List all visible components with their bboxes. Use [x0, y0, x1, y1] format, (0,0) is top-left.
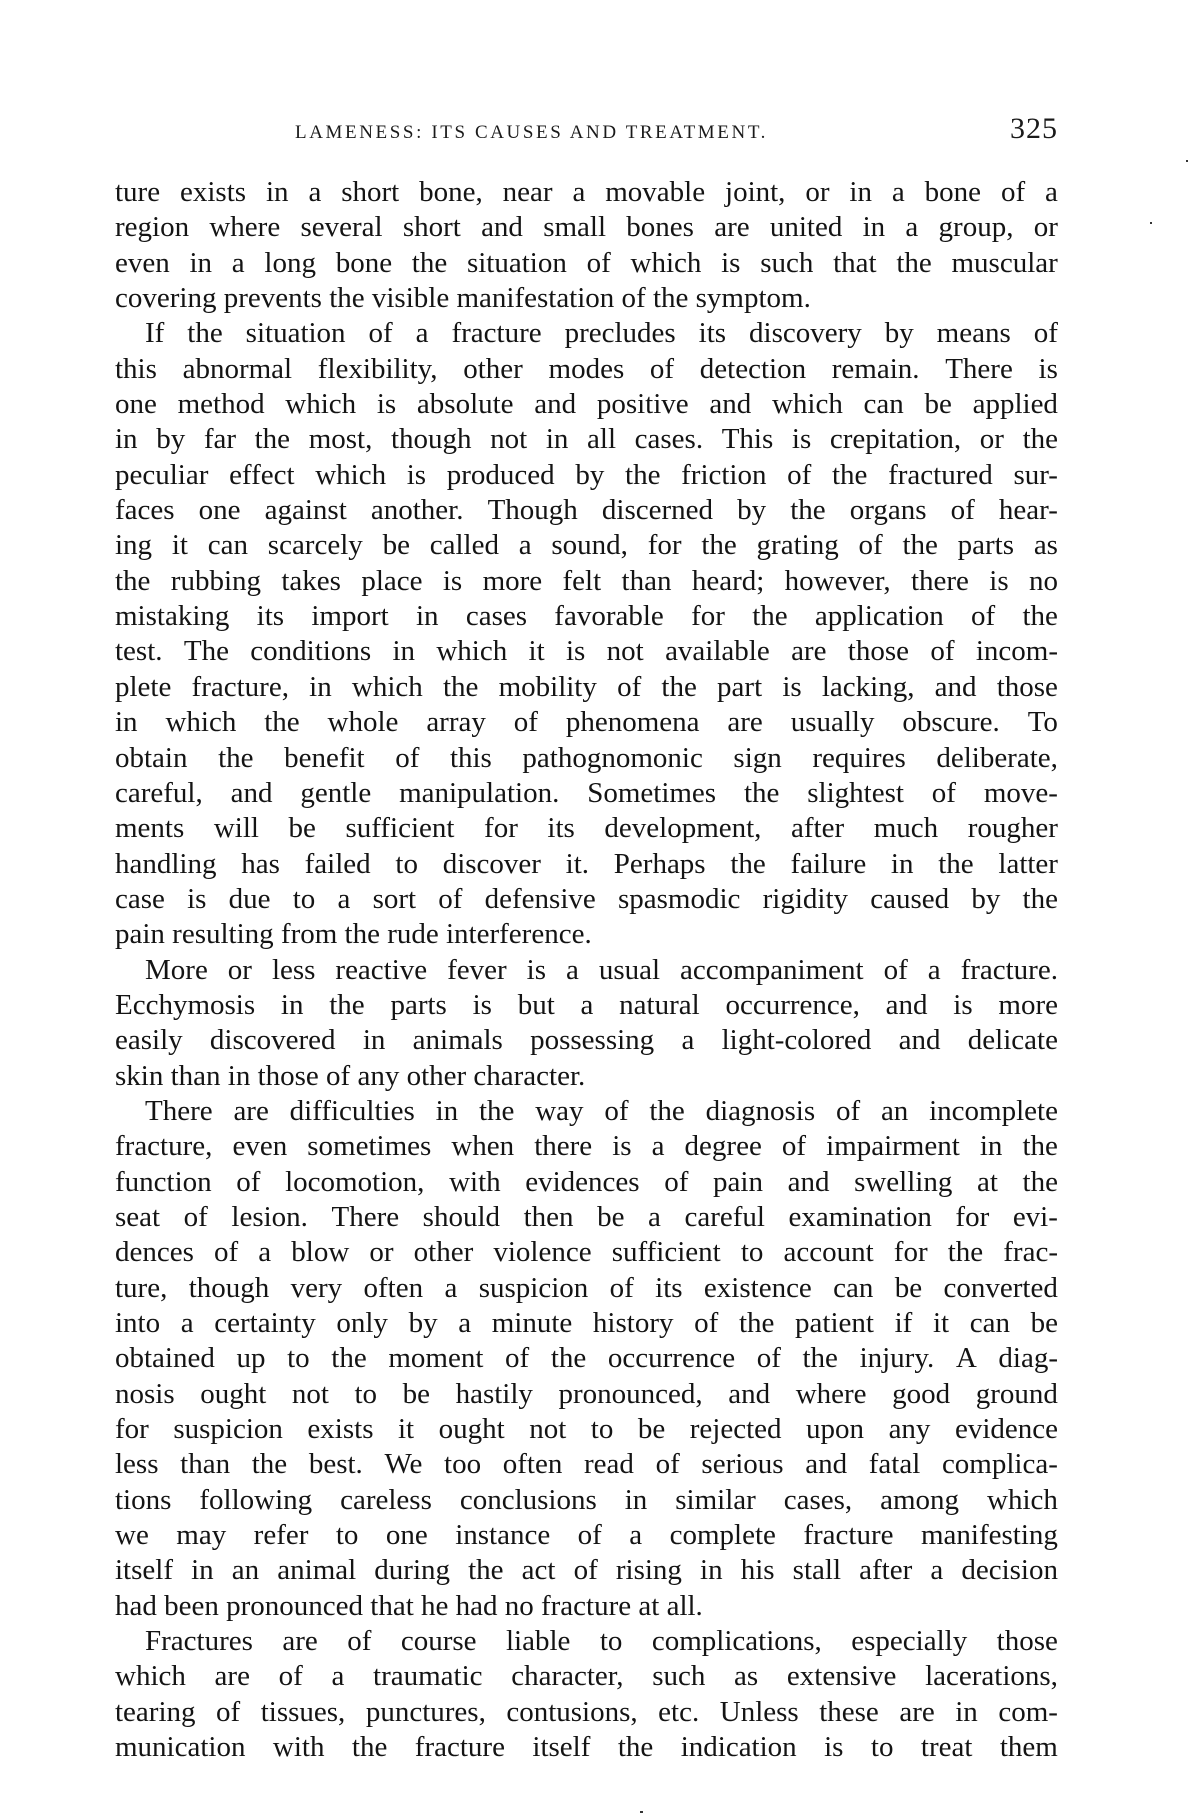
text-line: ture,thoughveryoftenasuspicionofitsexist…: [115, 1271, 1058, 1306]
text-line: forsuspicionexistsitoughtnottoberejected…: [115, 1412, 1058, 1447]
text-line: tionsfollowingcarelessconclusionsinsimil…: [115, 1483, 1058, 1518]
text-line: handlinghasfailedtodiscoverit.Perhapsthe…: [115, 847, 1058, 882]
text-line: easilydiscoveredinanimalspossessingaligh…: [115, 1023, 1058, 1058]
text-line: lessthanthebest.Wetoooftenreadofseriousa…: [115, 1447, 1058, 1482]
scan-speck: [1150, 222, 1152, 224]
paragraph-complications: Fracturesareofcourseliabletocomplication…: [115, 1624, 1058, 1765]
running-head: Lameness: its causes and treatment. 325: [115, 118, 1058, 148]
text-line: intoacertaintyonlybyaminutehistoryofthep…: [115, 1306, 1058, 1341]
running-title: Lameness: its causes and treatment.: [295, 122, 768, 144]
text-line: obtaineduptothemomentoftheoccurrenceofth…: [115, 1341, 1058, 1376]
text-line: Moreorlessreactivefeverisausualaccompani…: [115, 953, 1058, 988]
text-line: whichareofatraumaticcharacter,suchasexte…: [115, 1659, 1058, 1694]
paragraph-fever: Moreorlessreactivefeverisausualaccompani…: [115, 953, 1058, 1094]
text-line: onemethodwhichisabsoluteandpositiveandwh…: [115, 387, 1058, 422]
paragraph-crepitation: Ifthesituationofafractureprecludesitsdis…: [115, 316, 1058, 952]
text-line: careful,andgentlemanipulation.Sometimest…: [115, 776, 1058, 811]
text-line: skin than in those of any other characte…: [115, 1059, 1058, 1094]
text-line: test.Theconditionsinwhichitisnotavailabl…: [115, 634, 1058, 669]
text-line: municationwiththefractureitselftheindica…: [115, 1730, 1058, 1765]
text-line: facesoneagainstanother.Thoughdiscernedby…: [115, 493, 1058, 528]
body-text: tureexistsinashortbone,nearamovablejoint…: [115, 175, 1058, 1765]
text-line: Therearedifficultiesinthewayofthediagnos…: [115, 1094, 1058, 1129]
text-line: inwhichthewholearrayofphenomenaareusuall…: [115, 705, 1058, 740]
text-line: eveninalongbonethesituationofwhichissuch…: [115, 246, 1058, 281]
text-line: obtainthebenefitofthispathognomonicsignr…: [115, 741, 1058, 776]
text-line: regionwhereseveralshortandsmallbonesareu…: [115, 210, 1058, 245]
text-line: dencesofabloworotherviolencesufficientto…: [115, 1235, 1058, 1270]
text-line: Ifthesituationofafractureprecludesitsdis…: [115, 316, 1058, 351]
text-line: therubbingtakesplaceismorefeltthanheard;…: [115, 564, 1058, 599]
text-line: functionoflocomotion,withevidencesofpain…: [115, 1165, 1058, 1200]
text-line: pletefracture,inwhichthemobilityofthepar…: [115, 670, 1058, 705]
text-line: tearingoftissues,punctures,contusions,et…: [115, 1695, 1058, 1730]
text-line: itselfinananimalduringtheactofrisinginhi…: [115, 1553, 1058, 1588]
book-page: Lameness: its causes and treatment. 325 …: [0, 0, 1200, 1818]
paragraph-continuation: tureexistsinashortbone,nearamovablejoint…: [115, 175, 1058, 316]
text-line: Fracturesareofcourseliabletocomplication…: [115, 1624, 1058, 1659]
text-line: covering prevents the visible manifestat…: [115, 281, 1058, 316]
text-line: thisabnormalflexibility,othermodesofdete…: [115, 352, 1058, 387]
text-line: tureexistsinashortbone,nearamovablejoint…: [115, 175, 1058, 210]
scan-speck: [1186, 160, 1188, 162]
text-line: had been pronounced that he had no fract…: [115, 1589, 1058, 1624]
text-line: mistakingitsimportincasesfavorableforthe…: [115, 599, 1058, 634]
text-line: ingitcanscarcelybecalledasound,forthegra…: [115, 528, 1058, 563]
text-line: pain resulting from the rude interferenc…: [115, 917, 1058, 952]
text-line: nosisoughtnottobehastilypronounced,andwh…: [115, 1377, 1058, 1412]
text-line: caseisduetoasortofdefensivespasmodicrigi…: [115, 882, 1058, 917]
text-line: mentswillbesufficientforitsdevelopment,a…: [115, 811, 1058, 846]
page-number: 325: [1010, 114, 1058, 144]
text-line: fracture,evensometimeswhenthereisadegree…: [115, 1129, 1058, 1164]
text-line: seatoflesion.Thereshouldthenbeacarefulex…: [115, 1200, 1058, 1235]
text-line: inbyfarthemost,thoughnotinallcases.Thisi…: [115, 422, 1058, 457]
text-line: wemayrefertooneinstanceofacompletefractu…: [115, 1518, 1058, 1553]
text-line: Ecchymosisinthepartsisbutanaturaloccurre…: [115, 988, 1058, 1023]
paragraph-incomplete-fracture: Therearedifficultiesinthewayofthediagnos…: [115, 1094, 1058, 1624]
text-line: peculiareffectwhichisproducedbythefricti…: [115, 458, 1058, 493]
scan-speck: [640, 1811, 643, 1813]
